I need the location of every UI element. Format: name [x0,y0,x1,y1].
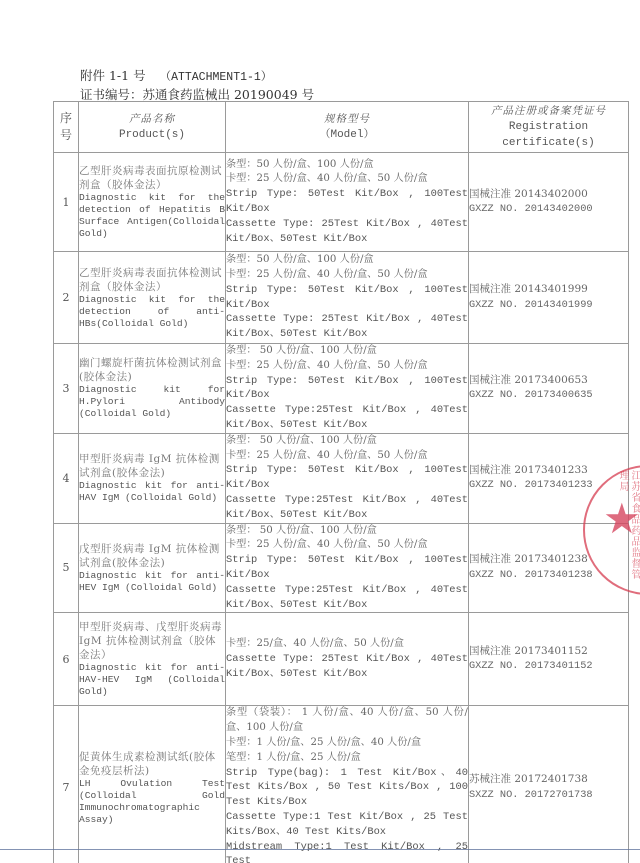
table-row: 1乙型肝炎病毒表面抗原检测试剂盒（胶体金法）Diagnostic kit for… [54,153,629,252]
model-cell: 条型（袋装）： 1 人份/盒、40 人份/盒、50 人份/盒、100 人份/盒卡… [226,706,469,863]
column-header-no: 序号 [54,102,79,153]
registration-number-en: SXZZ NO. 20172701738 [469,788,628,804]
registration-number-zh: 国械注准 20173400653 [469,373,628,389]
seal-text: 江苏省食品药品监督管理局 [590,470,640,590]
product-name-zh: 乙型肝炎病毒表面抗体检测试剂盒（胶体金法） [79,266,225,294]
column-header-product-zh: 产品名称 [79,111,225,127]
product-cell: 甲型肝炎病毒 IgM 抗体检测试剂盒(胶体金法)Diagnostic kit f… [79,433,226,523]
model-spec-line: 条型： 50 人份/盒、100 人份/盒 [226,434,468,449]
column-header-product: 产品名称 Product(s) [79,102,226,153]
registration-number-en: GXZZ NO. 20143401999 [469,298,628,314]
model-cell: 条型：50 人份/盒、100 人份/盒卡型：25 人份/盒、40 人份/盒、50… [226,153,469,252]
model-spec-line: 卡型：25 人份/盒、40 人份/盒、50 人份/盒 [226,449,468,464]
product-name-en: LH Ovulation Test (Colloidal Gold Immuno… [79,778,225,826]
model-spec-line: Midstream Type:1 Test Kit/Box , 25 Test [226,840,468,863]
column-header-registration-zh: 产品注册或备案凭证号 [469,103,628,119]
model-spec-line: Strip Type: 50Test Kit/Box , 100Test Kit… [226,463,468,493]
model-cell: 条型： 50 人份/盒、100 人份/盒卡型：25 人份/盒、40 人份/盒、5… [226,344,469,434]
model-spec-line: Cassette Type:1 Test Kit/Box , 25 Test K… [226,810,468,840]
document-header: 附件 1-1 号（ATTACHMENT1-1） 证书编号：苏通食药监械出 201… [80,67,314,103]
product-name-en: Diagnostic kit for the detection of Hepa… [79,192,225,240]
model-spec-line: 卡型：25 人份/盒、40 人份/盒、50 人份/盒 [226,172,468,187]
row-number: 7 [54,706,79,863]
model-cell: 条型：50 人份/盒、100 人份/盒卡型：25 人份/盒、40 人份/盒、50… [226,252,469,344]
registration-number-zh: 苏械注准 20172401738 [469,772,628,788]
product-cell: 乙型肝炎病毒表面抗体检测试剂盒（胶体金法）Diagnostic kit for … [79,252,226,344]
product-name-en: Diagnostic kit for anti-HAV IgM (Colloid… [79,480,225,504]
column-header-model: 规格型号 （Model） [226,102,469,153]
model-spec-line: 卡型：25 人份/盒、40 人份/盒、50 人份/盒 [226,268,468,283]
model-cell: 卡型：25/盒、40 人份/盒、50 人份/盒Cassette Type: 25… [226,613,469,706]
column-header-product-en: Product(s) [79,127,225,143]
product-name-zh: 幽门螺旋杆菌抗体检测试剂盒(胶体金法) [79,356,225,384]
table-row: 6甲型肝炎病毒、戊型肝炎病毒 IgM 抗体检测试剂盒（胶体金法）Diagnost… [54,613,629,706]
product-name-zh: 促黄体生成素检测试纸(胶体金免疫层析法) [79,750,225,778]
table-header-row: 序号 产品名称 Product(s) 规格型号 （Model） 产品注册或备案凭… [54,102,629,153]
model-spec-line: Cassette Type: 25Test Kit/Box , 40Test K… [226,312,468,342]
product-name-en: Diagnostic kit for anti-HEV IgM (Colloid… [79,570,225,594]
model-spec-line: 条型：50 人份/盒、100 人份/盒 [226,158,468,173]
product-name-en: Diagnostic kit for H.Pylori Antibody (Co… [79,384,225,420]
row-number: 3 [54,344,79,434]
product-cell: 乙型肝炎病毒表面抗原检测试剂盒（胶体金法）Diagnostic kit for … [79,153,226,252]
column-header-model-zh: 规格型号 [226,111,468,127]
model-spec-line: 卡型：1 人份/盒、25 人份/盒、40 人份/盒 [226,736,468,751]
model-spec-line: Strip Type: 50Test Kit/Box , 100Test Kit… [226,187,468,217]
attachment-line: 附件 1-1 号（ATTACHMENT1-1） [80,67,314,86]
model-spec-line: 笔型：1 人份/盒、25 人份/盒 [226,751,468,766]
product-name-zh: 乙型肝炎病毒表面抗原检测试剂盒（胶体金法） [79,164,225,192]
registration-number-en: GXZZ NO. 20143402000 [469,202,628,218]
table-body: 1乙型肝炎病毒表面抗原检测试剂盒（胶体金法）Diagnostic kit for… [54,153,629,863]
model-spec-line: Cassette Type: 25Test Kit/Box , 40Test K… [226,652,468,682]
row-number: 2 [54,252,79,344]
table-row: 3幽门螺旋杆菌抗体检测试剂盒(胶体金法)Diagnostic kit for H… [54,344,629,434]
scan-line [0,849,640,850]
registration-number-en: GXZZ NO. 20173401152 [469,659,628,675]
model-spec-line: 条型： 50 人份/盒、100 人份/盒 [226,524,468,539]
registration-number-zh: 国械注准 20143402000 [469,187,628,203]
registration-cell: 国械注准 20173400653GXZZ NO. 20173400635 [469,344,629,434]
column-header-registration-en2: certificate(s) [469,135,628,151]
registration-cell: 国械注准 20143401999GXZZ NO. 20143401999 [469,252,629,344]
column-header-registration-en1: Registration [469,119,628,135]
registration-number-zh: 国械注准 20173401152 [469,644,628,660]
model-spec-line: 条型：50 人份/盒、100 人份/盒 [226,253,468,268]
row-number: 1 [54,153,79,252]
model-spec-line: Cassette Type: 25Test Kit/Box , 40Test K… [226,217,468,247]
model-cell: 条型： 50 人份/盒、100 人份/盒卡型：25 人份/盒、40 人份/盒、5… [226,433,469,523]
model-spec-line: Cassette Type:25Test Kit/Box , 40Test Ki… [226,403,468,433]
table-row: 4甲型肝炎病毒 IgM 抗体检测试剂盒(胶体金法)Diagnostic kit … [54,433,629,523]
document-page: 附件 1-1 号（ATTACHMENT1-1） 证书编号：苏通食药监械出 201… [0,0,640,863]
product-name-zh: 甲型肝炎病毒、戊型肝炎病毒 IgM 抗体检测试剂盒（胶体金法） [79,620,225,662]
model-spec-line: 卡型：25 人份/盒、40 人份/盒、50 人份/盒 [226,359,468,374]
product-name-en: Diagnostic kit for the detection of anti… [79,294,225,330]
registration-cell: 苏械注准 20172401738SXZZ NO. 20172701738 [469,706,629,863]
model-spec-line: Cassette Type:25Test Kit/Box , 40Test Ki… [226,493,468,523]
attachment-label: 附件 1-1 号 [80,68,146,83]
model-spec-line: Strip Type: 50Test Kit/Box , 100Test Kit… [226,374,468,404]
column-header-registration: 产品注册或备案凭证号 Registration certificate(s) [469,102,629,153]
product-cell: 甲型肝炎病毒、戊型肝炎病毒 IgM 抗体检测试剂盒（胶体金法）Diagnosti… [79,613,226,706]
row-number: 6 [54,613,79,706]
model-spec-line: 卡型：25/盒、40 人份/盒、50 人份/盒 [226,637,468,652]
row-number: 5 [54,523,79,613]
model-spec-line: Cassette Type:25Test Kit/Box , 40Test Ki… [226,583,468,613]
product-name-zh: 戊型肝炎病毒 IgM 抗体检测试剂盒(胶体金法) [79,542,225,570]
product-cell: 促黄体生成素检测试纸(胶体金免疫层析法)LH Ovulation Test (C… [79,706,226,863]
product-table: 序号 产品名称 Product(s) 规格型号 （Model） 产品注册或备案凭… [53,101,629,863]
model-spec-line: Strip Type: 50Test Kit/Box , 100Test Kit… [226,553,468,583]
column-header-model-en: （Model） [226,127,468,143]
table-row: 7促黄体生成素检测试纸(胶体金免疫层析法)LH Ovulation Test (… [54,706,629,863]
product-cell: 戊型肝炎病毒 IgM 抗体检测试剂盒(胶体金法)Diagnostic kit f… [79,523,226,613]
attachment-label-en: （ATTACHMENT1-1） [160,71,273,84]
table-row: 2乙型肝炎病毒表面抗体检测试剂盒（胶体金法）Diagnostic kit for… [54,252,629,344]
registration-cell: 国械注准 20173401152GXZZ NO. 20173401152 [469,613,629,706]
model-spec-line: Strip Type(bag): 1 Test Kit/Box、40 Test … [226,766,468,810]
model-cell: 条型： 50 人份/盒、100 人份/盒卡型：25 人份/盒、40 人份/盒、5… [226,523,469,613]
product-name-zh: 甲型肝炎病毒 IgM 抗体检测试剂盒(胶体金法) [79,452,225,480]
model-spec-line: 卡型：25 人份/盒、40 人份/盒、50 人份/盒 [226,538,468,553]
row-number: 4 [54,433,79,523]
registration-number-en: GXZZ NO. 20173400635 [469,388,628,404]
table-row: 5戊型肝炎病毒 IgM 抗体检测试剂盒(胶体金法)Diagnostic kit … [54,523,629,613]
model-spec-line: Strip Type: 50Test Kit/Box , 100Test Kit… [226,283,468,313]
registration-number-zh: 国械注准 20143401999 [469,282,628,298]
registration-cell: 国械注准 20143402000GXZZ NO. 20143402000 [469,153,629,252]
column-header-no-text: 序号 [60,110,72,144]
model-spec-line: 条型（袋装）： 1 人份/盒、40 人份/盒、50 人份/盒、100 人份/盒 [226,706,468,736]
product-cell: 幽门螺旋杆菌抗体检测试剂盒(胶体金法)Diagnostic kit for H.… [79,344,226,434]
model-spec-line: 条型： 50 人份/盒、100 人份/盒 [226,344,468,359]
product-name-en: Diagnostic kit for anti-HAV-HEV IgM (Col… [79,662,225,698]
